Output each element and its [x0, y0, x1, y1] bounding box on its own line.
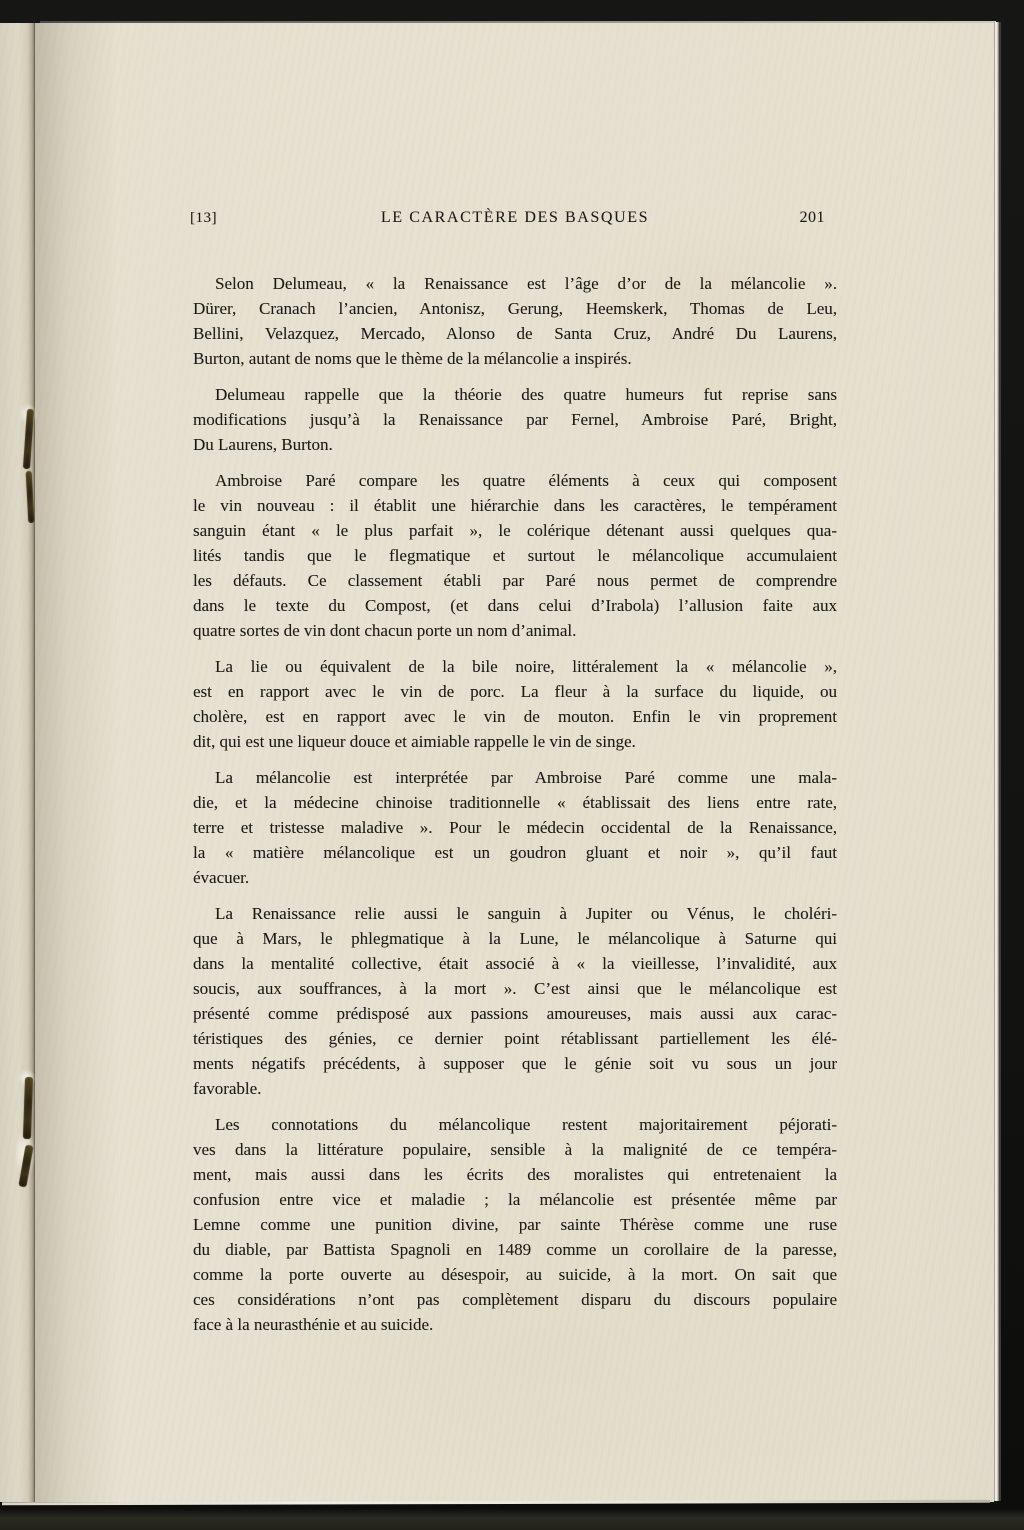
paragraph: La lie ou équivalent de la bile noire, l… — [193, 654, 837, 754]
paragraph: Ambroise Paré compare les quatre élément… — [193, 468, 837, 643]
text-line: ment, mais aussi dans les écrits des mor… — [193, 1162, 837, 1187]
page-body: Selon Delumeau, « la Renaissance est l’â… — [193, 271, 837, 1337]
text-line: modifications jusqu’à la Renaissance par… — [193, 407, 837, 432]
text-line: dans la mentalité collective, était asso… — [193, 951, 837, 976]
page-edge-top — [40, 21, 996, 23]
text-line: les défauts. Ce classement établi par Pa… — [193, 568, 837, 593]
staple-bottom — [16, 1073, 46, 1193]
paragraph: La mélancolie est interprétée par Ambroi… — [193, 765, 837, 890]
page-gutter — [0, 23, 35, 1502]
text-line: présenté comme prédisposé aux passions a… — [193, 1001, 837, 1026]
book-page: [13] LE CARACTÈRE DES BASQUES 201 Selon … — [0, 23, 994, 1502]
text-line: dans le texte du Compost, (et dans celui… — [193, 593, 837, 618]
paragraph: Selon Delumeau, « la Renaissance est l’â… — [193, 271, 837, 371]
text-line: comme la porte ouverte au désespoir, au … — [193, 1262, 837, 1287]
text-line: Ambroise Paré compare les quatre élément… — [193, 468, 837, 493]
text-line: face à la neurasthénie et au suicide. — [193, 1312, 837, 1337]
text-line: sanguin étant « le plus parfait », le co… — [193, 518, 837, 543]
page-header: [13] LE CARACTÈRE DES BASQUES 201 — [193, 209, 837, 229]
paragraph: La Renaissance relie aussi le sanguin à … — [193, 901, 837, 1101]
text-line: du diable, par Battista Spagnoli en 1489… — [193, 1237, 837, 1262]
text-line: la « matière mélancolique est un goudron… — [193, 840, 837, 865]
header-title: LE CARACTÈRE DES BASQUES — [193, 209, 837, 227]
text-line: Les connotations du mélancolique restent… — [193, 1112, 837, 1137]
text-line: dit, qui est une liqueur douce et aimiab… — [193, 729, 837, 754]
text-line: Bellini, Velazquez, Mercado, Alonso de S… — [193, 321, 837, 346]
text-line: La lie ou équivalent de la bile noire, l… — [193, 654, 837, 679]
text-line: die, et la médecine chinoise traditionne… — [193, 790, 837, 815]
paragraph: Les connotations du mélancolique restent… — [193, 1112, 837, 1337]
text-line: favorable. — [193, 1076, 837, 1101]
text-line: que à Mars, le phlegmatique à la Lune, l… — [193, 926, 837, 951]
text-line: La mélancolie est interprétée par Ambroi… — [193, 765, 837, 790]
text-line: le vin nouveau : il établit une hiérarch… — [193, 493, 837, 518]
text-line: est en rapport avec le vin de porc. La f… — [193, 679, 837, 704]
text-line: Burton, autant de noms que le thème de l… — [193, 346, 837, 371]
page-content: [13] LE CARACTÈRE DES BASQUES 201 Selon … — [193, 209, 837, 1348]
gutter-shadow — [35, 23, 120, 1502]
staple-top — [18, 405, 44, 529]
header-page-number: 201 — [800, 209, 826, 227]
text-line: Delumeau rappelle que la théorie des qua… — [193, 382, 837, 407]
text-line: ces considérations n’ont pas complètemen… — [193, 1287, 837, 1312]
text-line: confusion entre vice et maladie ; la mél… — [193, 1187, 837, 1212]
staple-prong — [26, 471, 35, 523]
text-line: ments négatifs précédents, à supposer qu… — [193, 1051, 837, 1076]
page-edge-right — [994, 22, 1003, 1501]
table-surface — [0, 1508, 1024, 1530]
staple-prong — [23, 1077, 33, 1139]
text-line: La Renaissance relie aussi le sanguin à … — [193, 901, 837, 926]
text-line: évacuer. — [193, 865, 837, 890]
text-line: terre et tristesse maladive ». Pour le m… — [193, 815, 837, 840]
text-line: Du Laurens, Burton. — [193, 432, 837, 457]
text-line: quatre sortes de vin dont chacun porte u… — [193, 618, 837, 643]
text-line: ves dans la littérature populaire, sensi… — [193, 1137, 837, 1162]
text-line: Dürer, Cranach l’ancien, Antonisz, Gerun… — [193, 296, 837, 321]
text-line: soucis, aux souffrances, à la mort ». C’… — [193, 976, 837, 1001]
paragraph: Delumeau rappelle que la théorie des qua… — [193, 382, 837, 457]
text-line: Selon Delumeau, « la Renaissance est l’â… — [193, 271, 837, 296]
text-line: cholère, est en rapport avec le vin de m… — [193, 704, 837, 729]
text-line: lités tandis que le flegmatique et surto… — [193, 543, 837, 568]
text-line: Lemne comme une punition divine, par sai… — [193, 1212, 837, 1237]
text-line: téristiques des génies, ce dernier point… — [193, 1026, 837, 1051]
